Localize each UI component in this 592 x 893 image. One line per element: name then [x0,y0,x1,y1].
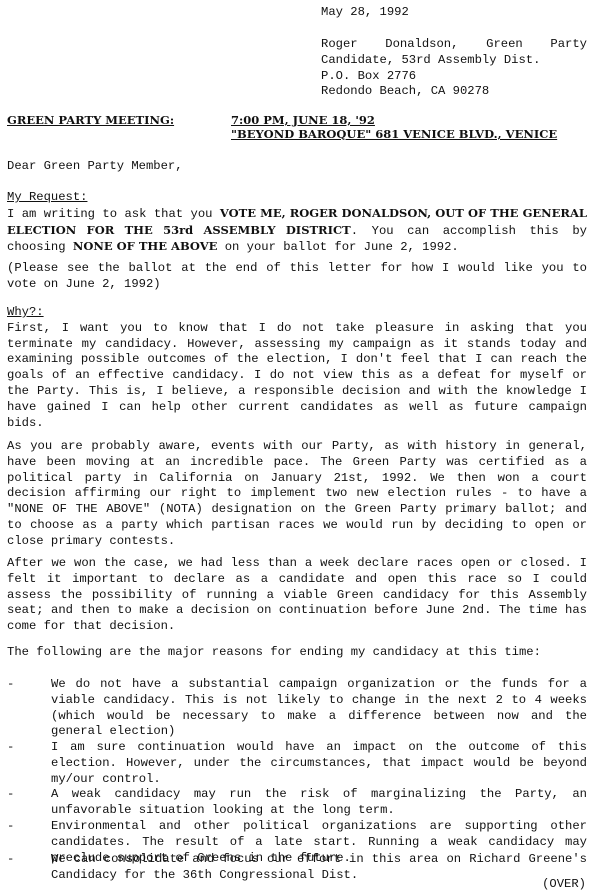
reasons-intro: The following are the major reasons for … [7,645,587,661]
over-marker: (OVER) [542,877,586,893]
why-heading: Why?: [7,305,587,321]
bullet-dash: - [7,852,14,868]
meeting-location: "BEYOND BAROQUE" 681 VENICE BLVD., VENIC… [231,127,557,143]
letter-date: May 28, 1992 [321,5,409,21]
bullet-dash: - [7,787,14,803]
letter-page: May 28, 1992 Roger Donaldson, Green Part… [0,0,592,893]
ballot-note: (Please see the ballot at the end of thi… [7,261,587,293]
request-bold-2: NONE OF THE ABOVE [73,239,218,253]
meeting-label: GREEN PARTY MEETING: [7,113,174,129]
request-section: My Request: I am writing to ask that you… [7,190,587,256]
sender-line-3: P.O. Box 2776 [321,69,587,85]
sender-address: Roger Donaldson, Green Party Candidate, … [321,37,587,100]
request-body: I am writing to ask that you VOTE ME, RO… [7,206,587,256]
why-paragraph-3: After we won the case, we had less than … [7,556,587,635]
sender-line-2: Candidate, 53rd Assembly Dist. [321,53,587,69]
bullet-dash: - [7,819,14,835]
why-paragraph-2: As you are probably aware, events with o… [7,439,587,550]
why-section: Why?: First, I want you to know that I d… [7,305,587,431]
request-heading: My Request: [7,190,587,206]
salutation: Dear Green Party Member, [7,159,183,175]
sender-line-1: Roger Donaldson, Green Party [321,37,587,53]
sender-line-4: Redondo Beach, CA 90278 [321,84,587,100]
why-paragraph-1: First, I want you to know that I do not … [7,321,587,432]
bullet-dash: - [7,740,14,756]
bullet-dash: - [7,677,14,693]
